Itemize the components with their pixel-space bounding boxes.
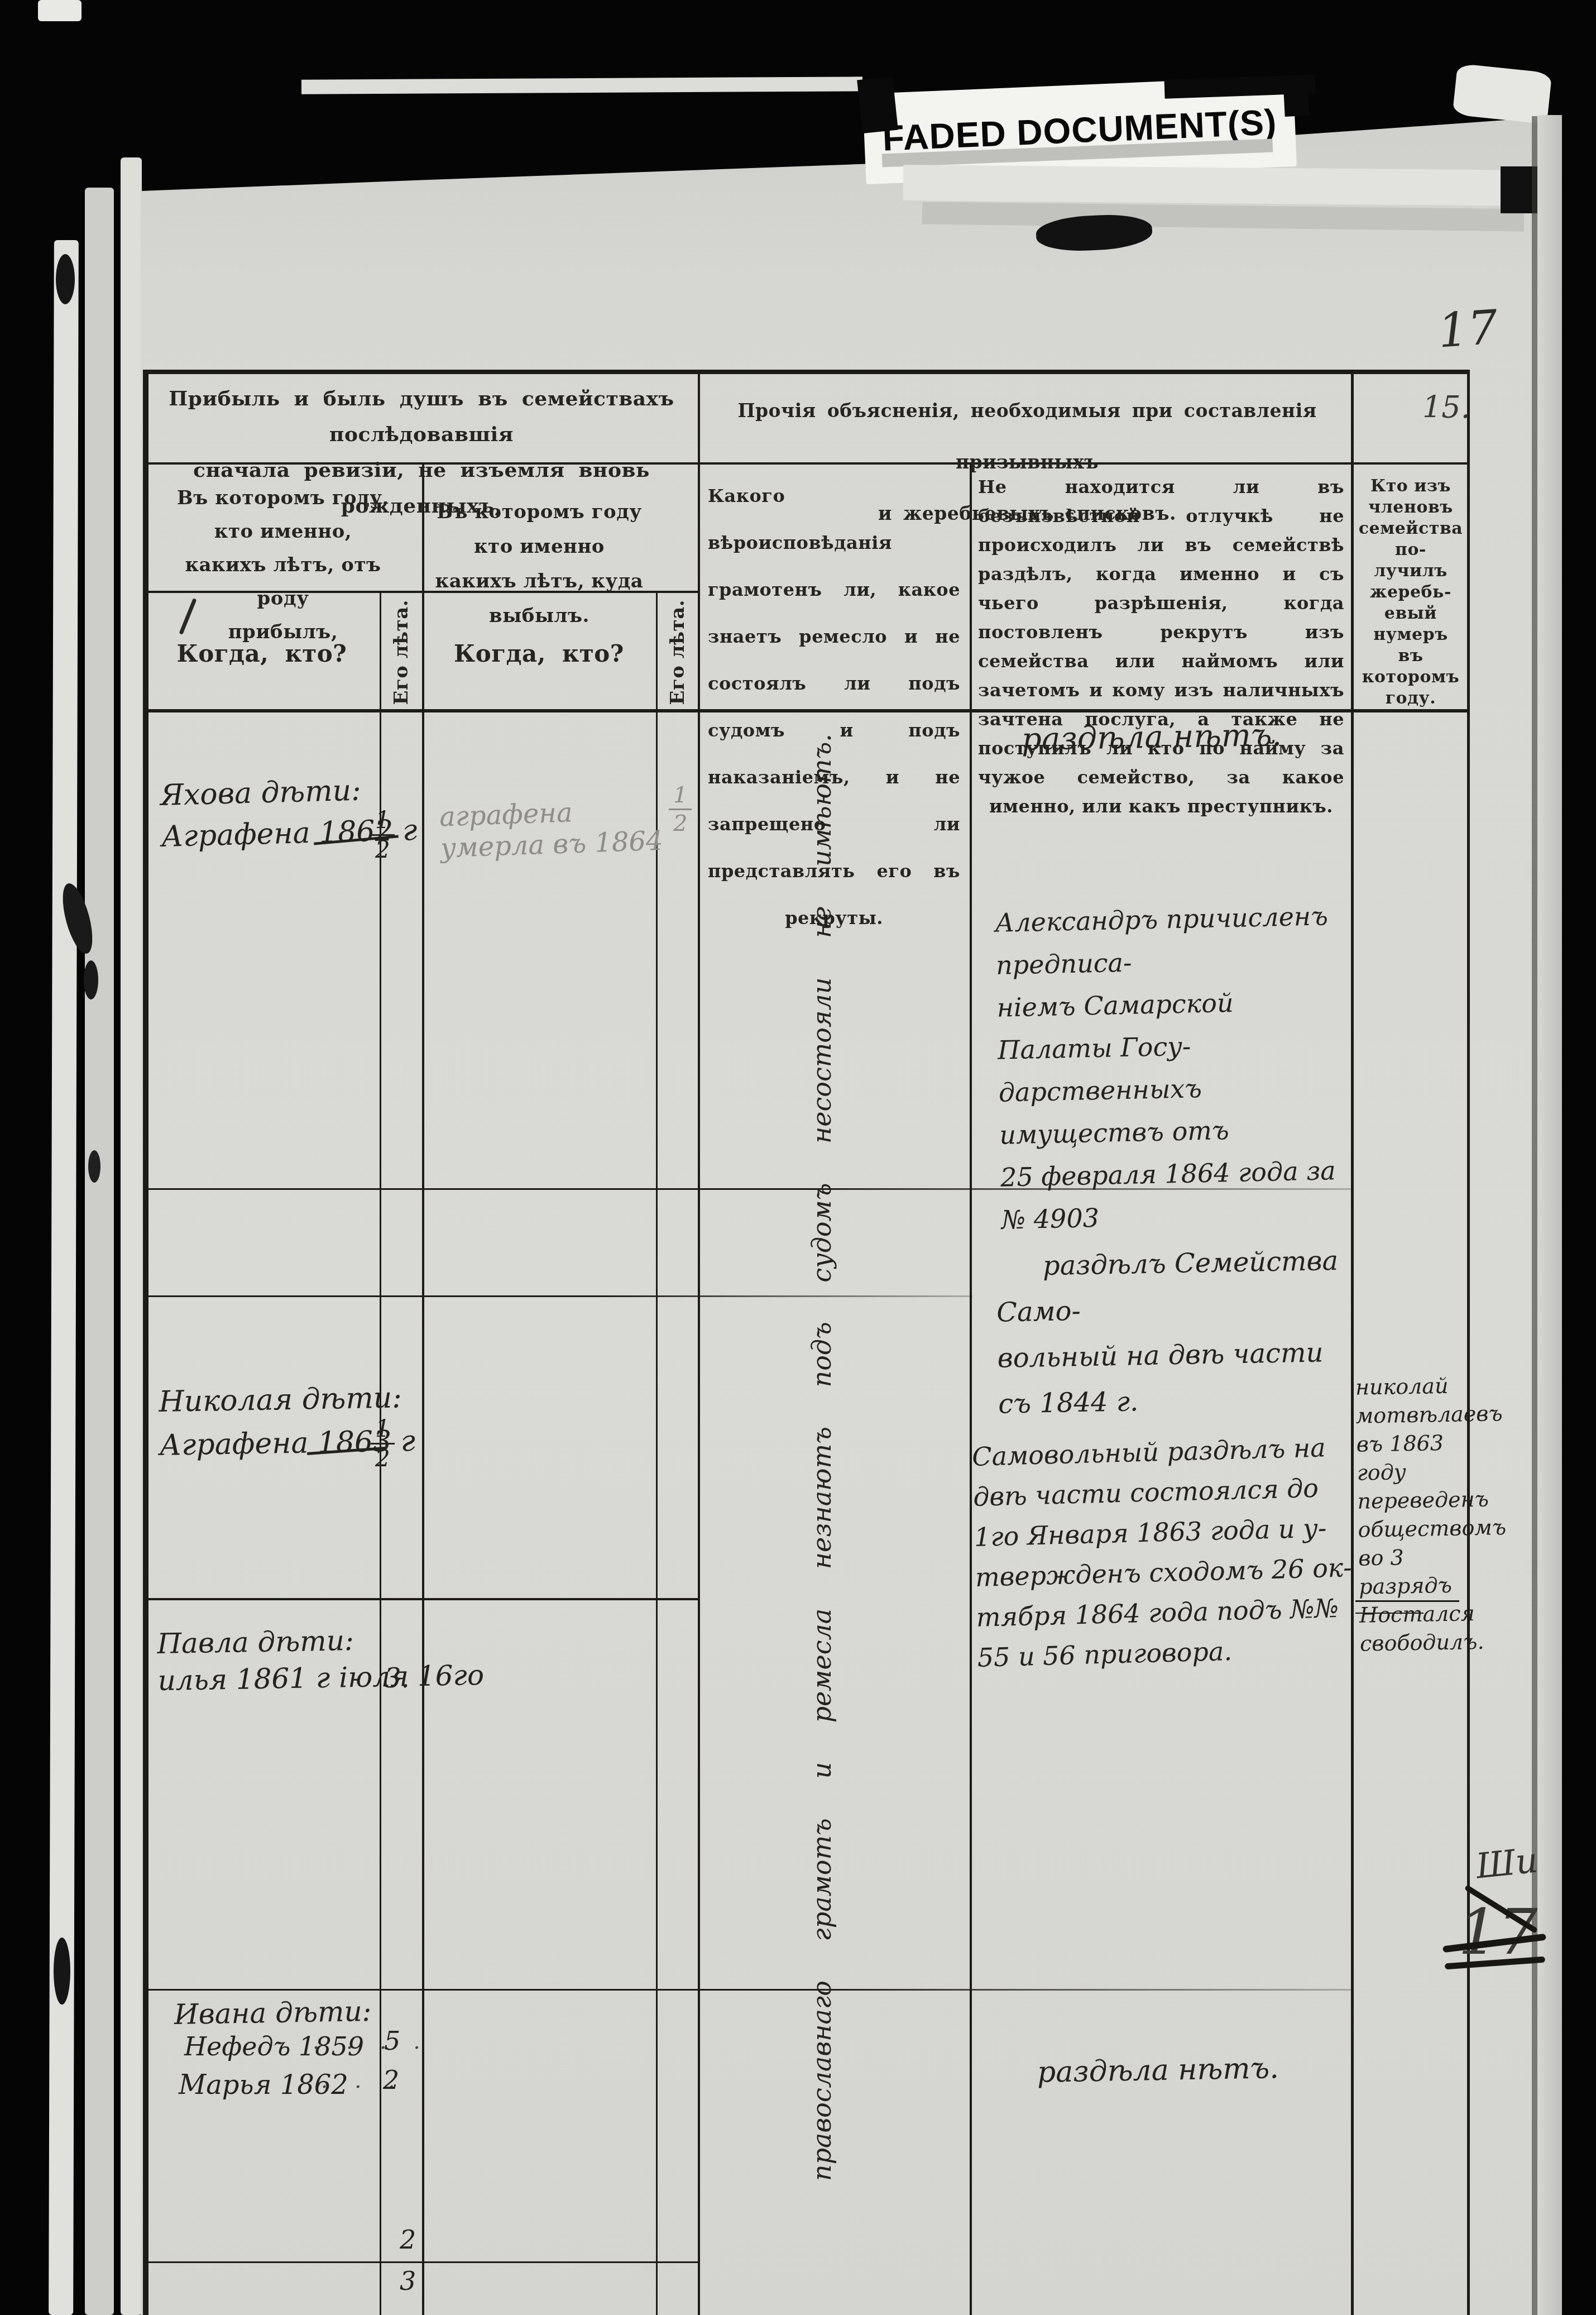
table-column-rule — [698, 370, 700, 2315]
header-age-2: Его лѣта. — [658, 596, 697, 708]
table-border-top — [144, 370, 1469, 374]
header-col-lot-number: Кто изъ членовъ семейства по- лучилъ жер… — [1357, 476, 1465, 709]
entry-family-3-age: 3. — [384, 1663, 410, 1694]
table-border-right — [1467, 370, 1470, 2315]
header-age-1-text: Его лѣта. — [390, 600, 413, 705]
fraction-denominator: 2 — [673, 810, 687, 835]
document-scan: FADED DOCUMENT(S) 17 15. Прибыль и быль … — [0, 0, 1596, 2315]
bottom-fraction-denominator: 3 — [400, 2266, 416, 2296]
header-when-who-1-text: Когда, кто? — [177, 640, 347, 667]
ink-blotch — [1283, 79, 1309, 117]
ink-smudge — [56, 254, 75, 304]
entry-family-1-departed-age-fraction: 1 2 — [669, 784, 692, 835]
fraction-numerator: 1 — [371, 809, 395, 836]
page-edge-corner — [38, 0, 82, 21]
bottom-fraction-numerator: 2 — [400, 2225, 416, 2255]
margin-scribble: Ши — [1474, 1839, 1540, 1886]
entry-family-3-name: Павла дѣти: илья 1861 г іюля 16го — [157, 1620, 485, 1699]
fraction-numerator: 1 — [669, 784, 692, 810]
note-alexander: Александръ причисленъ предписа- ніемъ Са… — [995, 894, 1359, 1241]
entry-family-1-departed: аграфена умерла въ 1864 — [439, 793, 681, 864]
entry-family-4-child-2-age: 2 — [383, 2065, 399, 2095]
ink-smudge — [84, 960, 98, 999]
header-age-1: Его лѣта. — [382, 596, 421, 708]
header-when-who-2: Когда, кто? — [424, 600, 654, 706]
margin-note: николай мотвѣлаевъ въ 1863 году переведе… — [1355, 1371, 1472, 1658]
header-when-who-2-text: Когда, кто? — [454, 640, 624, 667]
ink-smudge — [54, 1938, 70, 2005]
fraction-denominator: 2 — [375, 836, 390, 862]
torn-paper-strip — [903, 165, 1536, 206]
fraction-denominator: 2 — [375, 1445, 390, 1470]
header-col-absence: Не находится ли въ безъизвѣстной отлучкѣ… — [978, 472, 1344, 821]
note-self-division: Самовольный раздѣлъ на двѣ части состоял… — [971, 1427, 1357, 1678]
table-rule — [144, 1989, 1352, 1991]
ink-blotch — [857, 76, 898, 133]
fraction-numerator: 1 — [371, 1417, 395, 1445]
entry-family-1-age-fraction: 1 2 — [371, 809, 395, 862]
table-rule — [144, 1295, 972, 1297]
dot-leader: . . . . — [313, 2029, 430, 2054]
binding-strip — [121, 157, 142, 2315]
page-number-top: 17 — [1436, 299, 1499, 358]
ink-smudge — [88, 1150, 100, 1183]
crossed-out-mark: 17 — [1442, 1892, 1549, 1998]
header-age-2-text: Его лѣта. — [667, 600, 689, 705]
page-number-cell: 15. — [1422, 390, 1470, 425]
note-no-division-2: раздѣла нѣтъ. — [1037, 2051, 1279, 2089]
note-no-division-1: раздѣла нѣтъ. — [1021, 717, 1282, 758]
entry-family-2-age-fraction: 1 2 — [371, 1417, 395, 1470]
binding-strip — [85, 188, 114, 2315]
torn-paper-sliver — [301, 76, 862, 94]
note-family-division: раздѣлъ Семейства Само- вольный на двѣ ч… — [995, 1237, 1362, 1427]
entry-family-4-child-1-age: 5 — [384, 2026, 400, 2056]
vertical-note: православнаго грамотъ и ремесла незнаютъ… — [807, 731, 840, 2183]
header-when-who-1: Когда, кто? — [146, 600, 377, 706]
entry-family-4-name: Ивана дѣти: — [174, 1995, 372, 2031]
table-column-rule — [970, 462, 972, 2315]
